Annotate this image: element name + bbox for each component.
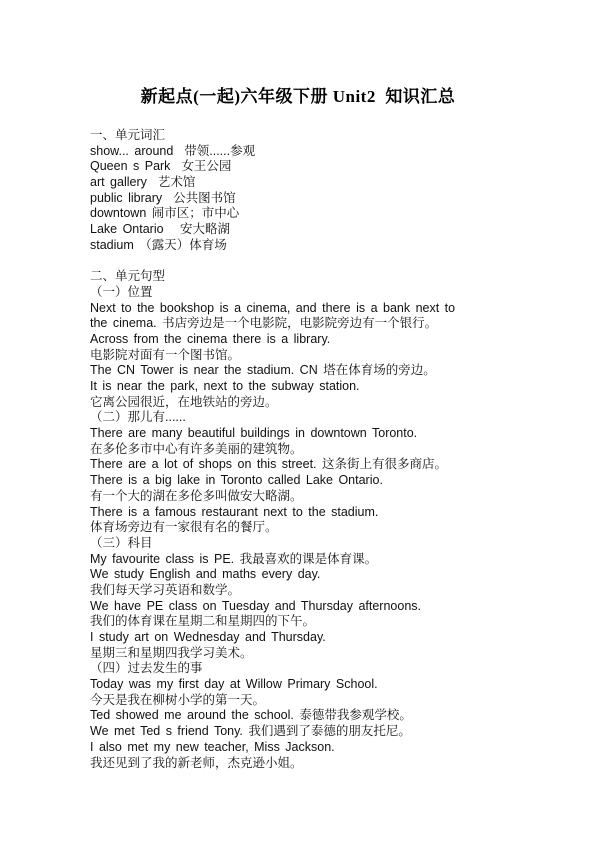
- vocab-line: art gallery 艺术馆: [90, 175, 560, 191]
- vocab-line: Lake Ontario 安大略湖: [90, 222, 560, 238]
- vocab-line: downtown 闹市区；市中心: [90, 206, 560, 222]
- sentence-line: 星期三和星期四我学习美术。: [90, 646, 560, 662]
- vocab-line: stadium （露天）体育场: [90, 238, 560, 254]
- subsection-past-events-heading: （四）过去发生的事: [90, 661, 560, 677]
- sentence-line: Today was my first day at Willow Primary…: [90, 677, 560, 693]
- section-sentences-heading: 二、单元句型: [90, 269, 560, 285]
- sentence-line: 它离公园很近，在地铁站的旁边。: [90, 395, 560, 411]
- vocab-line: Queen s Park 女王公园: [90, 159, 560, 175]
- document-title: 新起点(一起)六年级下册 Unit2 知识汇总: [0, 86, 596, 108]
- vocab-line: show... around 带领......参观: [90, 144, 560, 160]
- sentence-line: Ted showed me around the school. 泰德带我参观学…: [90, 708, 560, 724]
- sentence-line: 我还见到了我的新老师，杰克逊小姐。: [90, 756, 560, 772]
- vocab-line: public library 公共图书馆: [90, 191, 560, 207]
- sentence-line: 今天是我在柳树小学的第一天。: [90, 693, 560, 709]
- sentence-line: I also met my new teacher, Miss Jackson.: [90, 740, 560, 756]
- sentence-line: There are a lot of shops on this street.…: [90, 457, 560, 473]
- sentence-line: We have PE class on Tuesday and Thursday…: [90, 599, 560, 615]
- sentence-line: 在多伦多市中心有许多美丽的建筑物。: [90, 442, 560, 458]
- sentence-line: Next to the bookshop is a cinema, and th…: [90, 301, 560, 317]
- document-body: 一、单元词汇 show... around 带领......参观 Queen s…: [90, 128, 560, 771]
- sentence-line: There are many beautiful buildings in do…: [90, 426, 560, 442]
- section-vocabulary-heading: 一、单元词汇: [90, 128, 560, 144]
- subsection-there-be-heading: （二）那儿有......: [90, 410, 560, 426]
- subsection-location-heading: （一）位置: [90, 285, 560, 301]
- sentence-line: 电影院对面有一个图书馆。: [90, 348, 560, 364]
- sentence-line: the cinema. 书店旁边是一个电影院，电影院旁边有一个银行。: [90, 316, 560, 332]
- sentence-line: 有一个大的湖在多伦多叫做安大略湖。: [90, 489, 560, 505]
- sentence-line: I study art on Wednesday and Thursday.: [90, 630, 560, 646]
- sentence-line: There is a famous restaurant next to the…: [90, 505, 560, 521]
- sentence-line: We met Ted s friend Tony. 我们遇到了泰德的朋友托尼。: [90, 724, 560, 740]
- sentence-line: Across from the cinema there is a librar…: [90, 332, 560, 348]
- sentence-line: We study English and maths every day.: [90, 567, 560, 583]
- document-page: 新起点(一起)六年级下册 Unit2 知识汇总 一、单元词汇 show... a…: [0, 0, 596, 842]
- subsection-subjects-heading: （三）科目: [90, 536, 560, 552]
- sentence-line: It is near the park, next to the subway …: [90, 379, 560, 395]
- sentence-line: My favourite class is PE. 我最喜欢的课是体育课。: [90, 552, 560, 568]
- sentence-line: 体育场旁边有一家很有名的餐厅。: [90, 520, 560, 536]
- sentence-line: There is a big lake in Toronto called La…: [90, 473, 560, 489]
- blank-line: [90, 254, 560, 270]
- sentence-line: 我们的体育课在星期二和星期四的下午。: [90, 614, 560, 630]
- sentence-line: 我们每天学习英语和数学。: [90, 583, 560, 599]
- sentence-line: The CN Tower is near the stadium. CN 塔在体…: [90, 363, 560, 379]
